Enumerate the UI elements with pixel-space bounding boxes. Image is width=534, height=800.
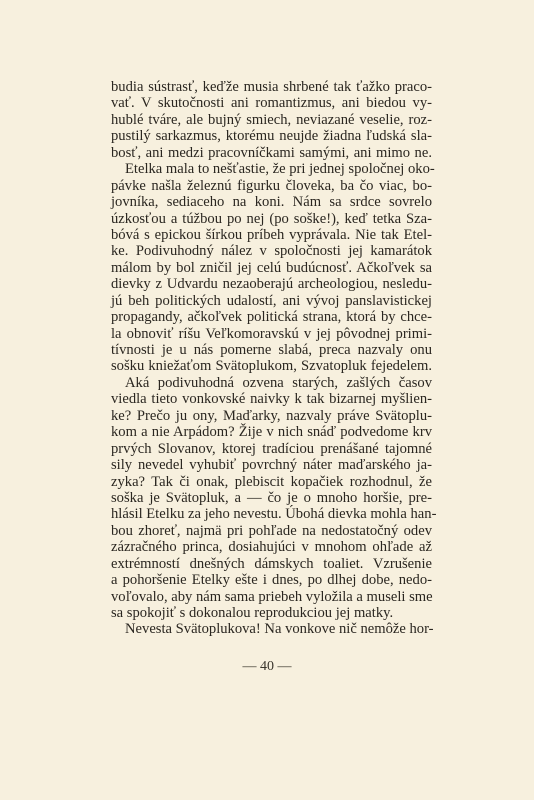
page-number: — 40 — [0,659,534,675]
text-line: viedla tieto vonkovské naivky k tak biza… [111,391,432,407]
text-line: úzkosťou a túžbou po nej (po soške!), ke… [111,211,432,227]
text-line: extrémností dnešných dámskych toaliet. V… [111,556,432,572]
text-line: bóvá s epickou šírkou príbeh vyprávala. … [111,227,432,243]
text-line: hlásil Etelku za jeho nevestu. Úbohá die… [111,506,432,522]
text-line: ke. Podivuhodný nález v spoločnosti jej … [111,243,432,259]
text-line: Nevesta Svätoplukova! Na vonkove nič nem… [111,621,432,637]
text-line: soška je Svätopluk, a — čo je o mnoho ho… [111,490,432,506]
text-line: pustilý sarkazmus, ktorému neujde žiadna… [111,128,432,144]
text-line: sa spokojiť s dokonalou reprodukciou jej… [111,605,432,621]
text-line: la obnoviť ríšu Veľkomoravskú v jej pôvo… [111,326,432,342]
text-line: vať. V skutočnosti ani romantizmus, ani … [111,95,432,111]
text-line: dievky z Udvardu nezaoberajú archeologio… [111,276,432,292]
text-line: zázračného princa, dosiahujúci v mnohom … [111,539,432,555]
text-line: voľovalo, aby nám sama priebeh vyložila … [111,589,432,605]
text-line: prvých Slovanov, ktorej tradíciou prenáš… [111,441,432,457]
book-page: budia sústrasť, keďže musia shrbené tak … [0,0,534,800]
text-line: kom a nie Arpádom? Žije v nich snáď podv… [111,424,432,440]
paragraph-1: budia sústrasť, keďže musia shrbené tak … [111,79,432,161]
text-line: sošku kniežaťom Svätoplukom, Szvatopluk … [111,358,432,374]
body-text: budia sústrasť, keďže musia shrbené tak … [111,79,432,638]
text-line: a pohoršenie Etelky ešte i dnes, po dlhe… [111,572,432,588]
text-line: sily nevedel vyhubiť povrchný náter maďa… [111,457,432,473]
text-line: Aká podivuhodná ozvena starých, zašlých … [111,375,432,391]
paragraph-4: Nevesta Svätoplukova! Na vonkove nič nem… [111,621,432,637]
text-line: bosť, ani medzi pracovníčkami samými, an… [111,145,432,161]
paragraph-3: Aká podivuhodná ozvena starých, zašlých … [111,375,432,622]
text-line: budia sústrasť, keďže musia shrbené tak … [111,79,432,95]
text-line: pávke našla železnú figurku človeka, ba … [111,178,432,194]
text-line: propagandy, ačkoľvek politická strana, k… [111,309,432,325]
text-line: hublé tváre, ale bujný smiech, neviazané… [111,112,432,128]
text-line: zyka? Tak či onak, plebiscit kopačiek ro… [111,474,432,490]
text-line: málom by bol zničil jej celú budúcnosť. … [111,260,432,276]
text-line: Etelka mala to nešťastie, že pri jednej … [111,161,432,177]
paragraph-2: Etelka mala to nešťastie, že pri jednej … [111,161,432,375]
text-line: tívnosti je u nás pomerne slabá, preca n… [111,342,432,358]
text-line: bou zhoreť, najmä pri pohľade na nedosta… [111,523,432,539]
text-line: ke? Prečo ju ony, Maďarky, nazvaly práve… [111,408,432,424]
text-line: jovníka, sediaceho na koni. Nám sa srdce… [111,194,432,210]
text-line: jú beh politických udalostí, ani vývoj p… [111,293,432,309]
